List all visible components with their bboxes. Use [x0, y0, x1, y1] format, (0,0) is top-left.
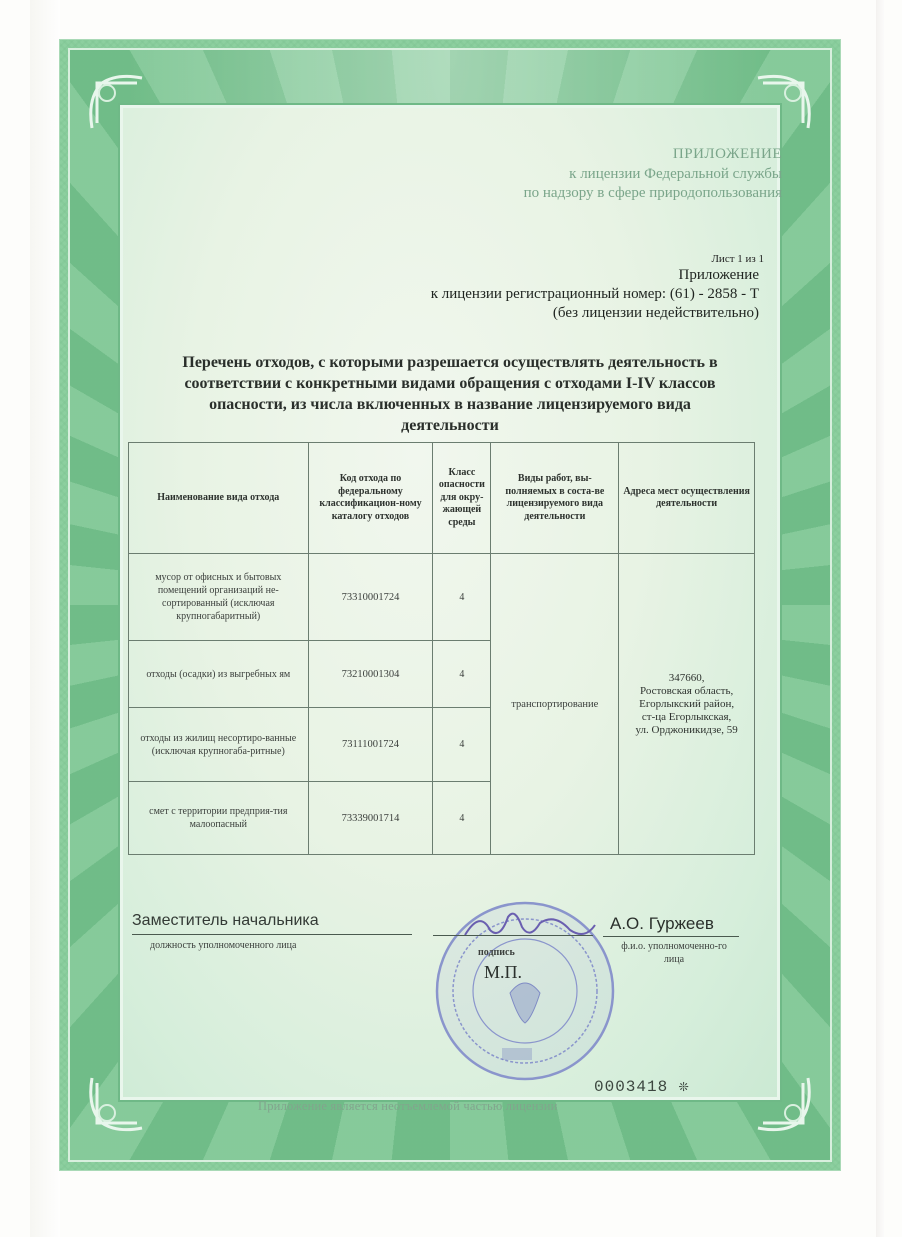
- position-caption: должность уполномоченного лица: [150, 940, 296, 951]
- ornament-corner-icon: [748, 68, 818, 138]
- address-postcode: 347660,: [623, 672, 750, 685]
- waste-code: 73210001304: [308, 641, 433, 708]
- waste-code: 73310001724: [308, 554, 433, 641]
- sheet-number: Лист 1 из 1: [711, 253, 764, 265]
- ornament-corner-icon: [82, 68, 152, 138]
- serial-value: 0003418: [594, 1078, 668, 1096]
- column-header: Наименование вида отхода: [129, 443, 309, 554]
- waste-code: 73111001724: [308, 708, 433, 782]
- signatory-name: А.О. Гуржеев: [610, 914, 714, 934]
- validity-note: (без лицензии недействительно): [553, 304, 759, 323]
- column-header: Код отхода по федеральному классификацио…: [308, 443, 433, 554]
- registration-number: к лицензии регистрационный номер: (61) -…: [431, 285, 759, 304]
- ornament-corner-icon: [82, 1068, 152, 1138]
- address-street: ул. Орджоникидзе, 59: [623, 724, 750, 737]
- waste-table: Наименование вида отхода Код отхода по ф…: [128, 442, 755, 855]
- waste-name: мусор от офисных и бытовых помещений орг…: [129, 554, 309, 641]
- hazard-class: 4: [433, 708, 491, 782]
- hazard-class: 4: [433, 641, 491, 708]
- signature-caption: подпись: [478, 947, 515, 958]
- appendix-heading: ПРИЛОЖЕНИЕ: [673, 145, 782, 164]
- hazard-class: 4: [433, 554, 491, 641]
- registration-title: Приложение: [678, 266, 759, 285]
- table-header-row: Наименование вида отхода Код отхода по ф…: [129, 443, 755, 554]
- paper-edge: [30, 0, 60, 1237]
- document-title: Перечень отходов, с которыми разрешается…: [160, 352, 740, 436]
- waste-code: 73339001714: [308, 782, 433, 855]
- activity-address: 347660, Ростовская область, Егорлыкский …: [619, 554, 755, 855]
- appendix-subheading: по надзору в сфере природопользования: [524, 184, 782, 203]
- ornament-corner-icon: [748, 1068, 818, 1138]
- appendix-subheading: к лицензии Федеральной службы: [569, 165, 782, 184]
- snowflake-icon: ❊: [679, 1078, 690, 1096]
- name-caption: ф.и.о. уполномоченно-го лица: [612, 940, 736, 966]
- footer-note: Приложение является неотъемлемой частью …: [258, 1099, 558, 1114]
- address-district: Егорлыкский район,: [623, 698, 750, 711]
- signatory-position: Заместитель начальника: [132, 912, 319, 930]
- signature-line: [433, 935, 593, 936]
- waste-name: отходы из жилищ несортиро-ванные (исключ…: [129, 708, 309, 782]
- serial-number: 0003418 ❊: [594, 1076, 689, 1096]
- name-line: [603, 936, 739, 937]
- waste-name: смет с территории предприя-тия малоопасн…: [129, 782, 309, 855]
- seal-mark: М.П.: [484, 962, 522, 983]
- column-header: Класс опасности для окру-жающей среды: [433, 443, 491, 554]
- paper-edge-right: [876, 0, 884, 1237]
- waste-name: отходы (осадки) из выгребных ям: [129, 641, 309, 708]
- position-line: [132, 934, 412, 935]
- address-region: Ростовская область,: [623, 685, 750, 698]
- column-header: Виды работ, вы-полняемых в соста-ве лице…: [491, 443, 619, 554]
- address-settlement: ст-ца Егорлыкская,: [623, 711, 750, 724]
- column-header: Адреса мест осуществления деятельности: [619, 443, 755, 554]
- work-type: транспортирование: [491, 554, 619, 855]
- hazard-class: 4: [433, 782, 491, 855]
- table-row: мусор от офисных и бытовых помещений орг…: [129, 554, 755, 641]
